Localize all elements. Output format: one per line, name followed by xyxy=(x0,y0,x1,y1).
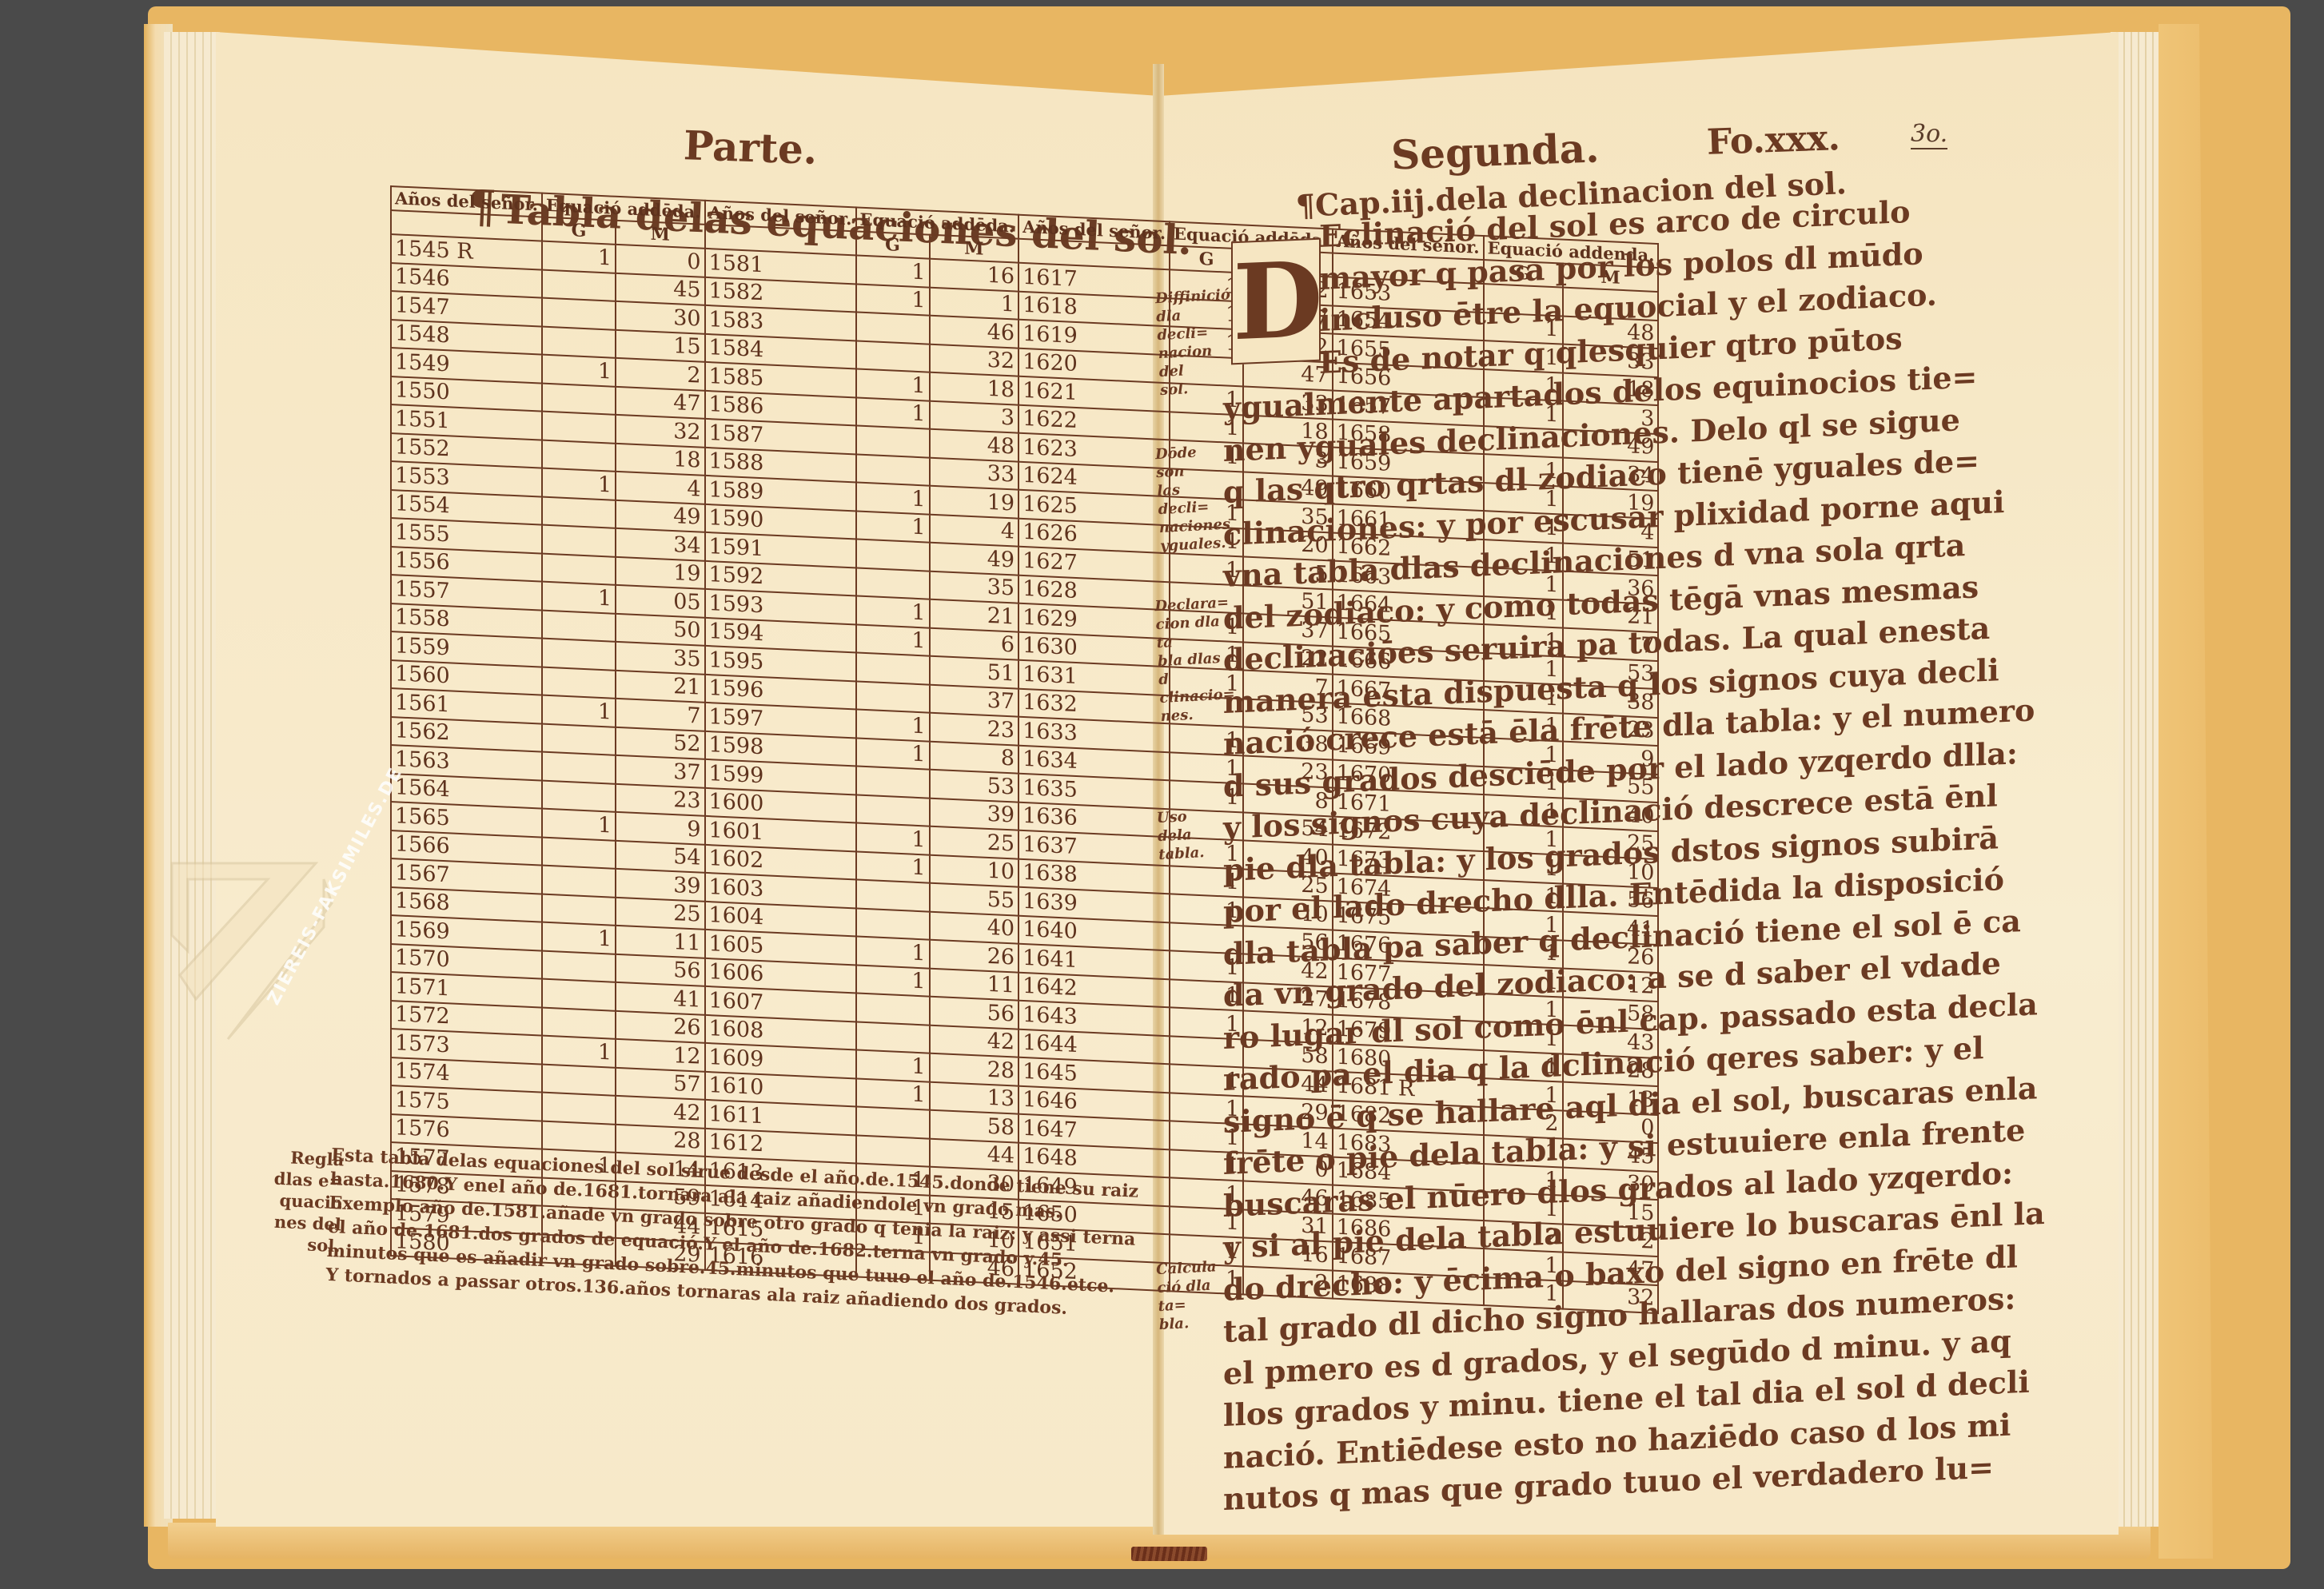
minutos-cell: 12 xyxy=(616,1039,705,1072)
minutos-cell: 6 xyxy=(930,627,1019,660)
grados-cell xyxy=(542,894,616,926)
folio-label: Fo.xxx. xyxy=(1706,117,1840,163)
grados-cell xyxy=(542,525,616,557)
grados-cell: 1 xyxy=(542,241,616,273)
grados-cell xyxy=(542,383,616,415)
minutos-cell: 42 xyxy=(616,1096,705,1129)
grados-cell: 1 xyxy=(542,582,616,614)
grados-cell: 1 xyxy=(542,922,616,954)
minutos-cell: 21 xyxy=(616,670,705,703)
minutos-cell: 41 xyxy=(616,982,705,1015)
minutos-cell: 32 xyxy=(616,415,705,448)
grados-cell xyxy=(542,1121,616,1153)
grados-cell xyxy=(856,1022,930,1053)
grados-cell: 1 xyxy=(856,284,930,316)
grados-cell xyxy=(856,1106,930,1138)
minutos-cell: 10 xyxy=(930,854,1019,887)
grados-cell xyxy=(856,681,930,713)
chapter-body: Eclinació del sol es arco de circulomayo… xyxy=(1223,191,1903,1520)
minutos-cell: 56 xyxy=(616,954,705,986)
grados-cell: 1 xyxy=(856,738,930,770)
minutos-cell: 33 xyxy=(930,457,1019,490)
grados-cell xyxy=(542,667,616,699)
grados-cell: 1 xyxy=(856,397,930,429)
minutos-cell: 7 xyxy=(616,699,705,731)
minutos-cell: 44 xyxy=(930,1138,1019,1171)
minutos-cell: 23 xyxy=(616,783,705,816)
grados-cell xyxy=(542,866,616,898)
grados-cell xyxy=(542,412,616,444)
page-stack-left xyxy=(164,32,220,1519)
grados-cell: 1 xyxy=(856,595,930,627)
margin-note: Declara= cion dla ta bla dlas d clinacio… xyxy=(1154,594,1226,726)
minutos-cell: 19 xyxy=(616,556,705,589)
margin-note: Dōde son las decli= naciones yguales. xyxy=(1154,442,1226,556)
minutos-cell: 2 xyxy=(616,358,705,391)
minutos-cell: 39 xyxy=(616,869,705,902)
minutos-cell: 9 xyxy=(616,812,705,845)
minutos-cell: 49 xyxy=(930,543,1019,575)
minutos-cell: 0 xyxy=(616,245,705,277)
margin-note: Diffinició dla decli= nacion del sol. xyxy=(1154,286,1226,400)
minutos-cell: 30 xyxy=(616,301,705,334)
page-number: 3o. xyxy=(1911,120,1947,149)
minutos-cell: 51 xyxy=(930,656,1019,689)
minutos-cell: 39 xyxy=(930,798,1019,830)
minutos-cell: 58 xyxy=(930,1110,1019,1143)
left-running-head: Parte. xyxy=(683,121,818,173)
grados-cell: 1 xyxy=(542,1036,616,1068)
minutos-cell: 18 xyxy=(616,443,705,476)
minutos-cell: 28 xyxy=(930,1053,1019,1086)
grados-cell: 1 xyxy=(542,695,616,727)
minutos-cell: 1 xyxy=(930,287,1019,320)
minutos-cell: 26 xyxy=(616,1010,705,1043)
minutos-cell: 37 xyxy=(616,755,705,788)
minutos-cell: 49 xyxy=(616,500,705,532)
minutos-cell: 55 xyxy=(930,883,1019,916)
minutos-cell: 42 xyxy=(930,1025,1019,1057)
minutos-cell: 11 xyxy=(930,968,1019,1001)
grados-cell: 1 xyxy=(856,1049,930,1081)
subheader-grados: G xyxy=(856,231,930,258)
right-running-head: Segunda. xyxy=(1390,124,1600,178)
minutos-cell: 35 xyxy=(616,642,705,675)
minutos-cell: 54 xyxy=(616,840,705,873)
minutos-cell: 34 xyxy=(616,528,705,561)
grados-cell xyxy=(542,1093,616,1125)
grados-cell: 1 xyxy=(856,965,930,997)
minutos-cell: 28 xyxy=(616,1124,705,1157)
publisher-logo-icon xyxy=(164,855,348,1079)
minutos-cell: 37 xyxy=(930,684,1019,717)
grados-cell xyxy=(856,879,930,911)
grados-cell: 1 xyxy=(856,822,930,854)
grados-cell: 1 xyxy=(542,809,616,841)
grados-cell xyxy=(542,780,616,812)
grados-cell xyxy=(542,610,616,642)
minutos-cell: 23 xyxy=(930,713,1019,746)
minutos-cell: 16 xyxy=(930,259,1019,292)
minutos-cell: 46 xyxy=(930,316,1019,348)
grados-cell xyxy=(856,652,930,684)
headband xyxy=(1131,1547,1207,1561)
grados-cell: 1 xyxy=(856,511,930,543)
grados-cell: 1 xyxy=(542,468,616,500)
minutos-cell: 50 xyxy=(616,613,705,646)
grados-cell xyxy=(542,979,616,1011)
grados-cell xyxy=(856,908,930,940)
minutos-cell: 25 xyxy=(616,897,705,930)
minutos-cell: 3 xyxy=(930,400,1019,433)
grados-cell xyxy=(542,440,616,472)
minutos-cell: 25 xyxy=(930,826,1019,859)
minutos-cell: 56 xyxy=(930,997,1019,1029)
grados-cell xyxy=(542,837,616,869)
grados-cell: 1 xyxy=(856,255,930,287)
minutos-cell: 4 xyxy=(616,472,705,504)
grados-cell xyxy=(856,539,930,571)
grados-cell xyxy=(856,567,930,599)
minutos-cell: 48 xyxy=(930,429,1019,462)
grados-cell xyxy=(856,312,930,344)
minutos-cell: 19 xyxy=(930,486,1019,519)
grados-cell xyxy=(856,794,930,826)
grados-cell xyxy=(542,1064,616,1096)
minutos-cell: 4 xyxy=(930,514,1019,547)
grados-cell: 1 xyxy=(856,851,930,883)
grados-cell xyxy=(856,425,930,457)
grados-cell xyxy=(542,1007,616,1039)
grados-cell: 1 xyxy=(856,482,930,514)
minutos-cell: 18 xyxy=(930,372,1019,405)
minutos-cell: 57 xyxy=(616,1067,705,1100)
grados-cell xyxy=(542,326,616,358)
grados-cell xyxy=(856,454,930,486)
grados-cell xyxy=(542,639,616,671)
minutos-cell: 53 xyxy=(930,770,1019,802)
grados-cell xyxy=(542,752,616,784)
grados-cell: 1 xyxy=(856,936,930,968)
minutos-cell: 21 xyxy=(930,599,1019,632)
subheader-grados: G xyxy=(542,217,616,245)
minutos-cell: 26 xyxy=(930,940,1019,973)
grados-cell xyxy=(542,723,616,755)
margin-note: Uso dela tabla. xyxy=(1156,806,1224,864)
grados-cell xyxy=(542,950,616,982)
grados-cell xyxy=(542,269,616,301)
minutos-cell: 13 xyxy=(930,1081,1019,1114)
grados-cell xyxy=(856,766,930,798)
grados-cell xyxy=(856,340,930,372)
grados-cell: 1 xyxy=(856,624,930,656)
grados-cell: 1 xyxy=(856,709,930,741)
minutos-cell: 8 xyxy=(930,741,1019,774)
minutos-cell: 45 xyxy=(616,273,705,305)
minutos-cell: 40 xyxy=(930,911,1019,944)
minutos-cell: 35 xyxy=(930,571,1019,603)
grados-cell: 1 xyxy=(856,1078,930,1110)
grados-cell xyxy=(542,298,616,330)
grados-cell xyxy=(856,993,930,1025)
grados-cell xyxy=(542,496,616,528)
grados-cell xyxy=(856,1135,930,1167)
grados-cell xyxy=(542,553,616,585)
minutos-cell: 47 xyxy=(616,386,705,419)
minutos-cell: 15 xyxy=(616,329,705,362)
margin-note: Calcula ció dla ta= bla. xyxy=(1156,1257,1226,1334)
minutos-cell: 32 xyxy=(930,344,1019,376)
grados-cell: 1 xyxy=(856,368,930,400)
minutos-cell: 52 xyxy=(616,727,705,759)
minutos-cell: 11 xyxy=(616,926,705,958)
grados-cell: 1 xyxy=(542,355,616,387)
minutos-cell: 05 xyxy=(616,585,705,618)
